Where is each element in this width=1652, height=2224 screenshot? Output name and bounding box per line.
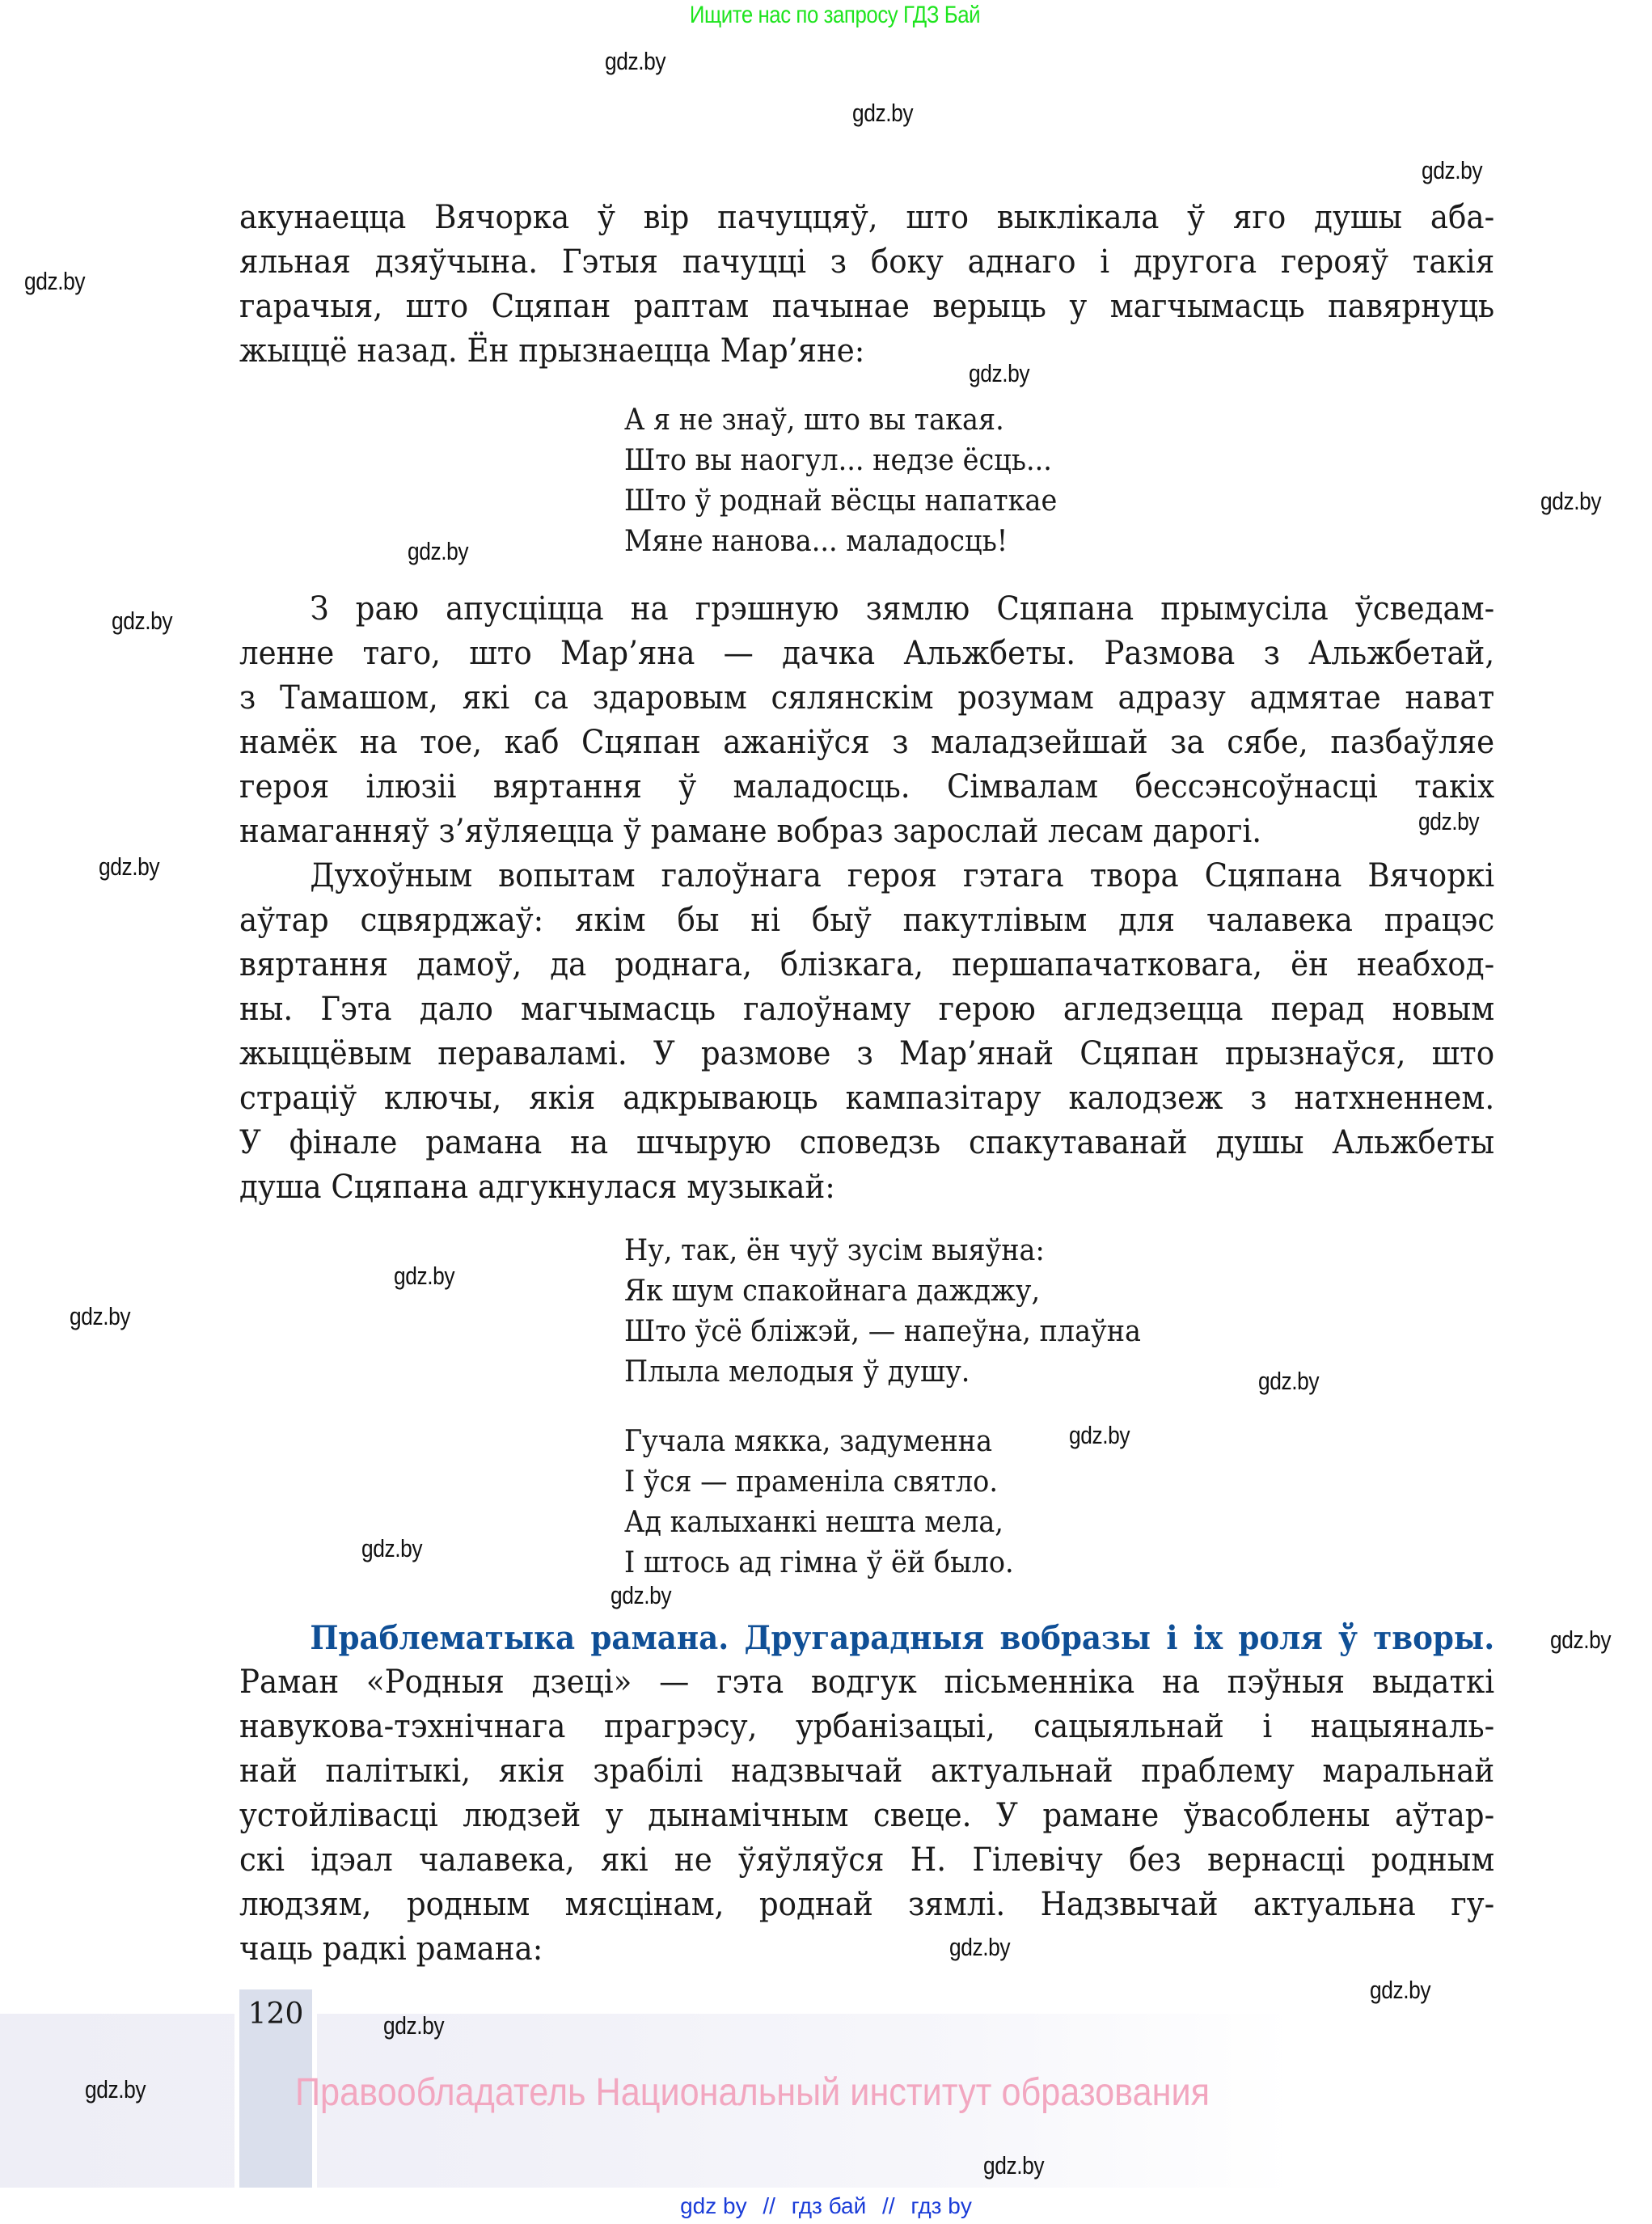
poem-line: І ўся — праменіла святло. xyxy=(624,1462,1014,1503)
poem-line: А я не знаў, што вы такая. xyxy=(624,400,1057,441)
text-line: яльная дзяўчына. Гэтыя пачуцці з боку ад… xyxy=(239,240,1494,285)
text-line: з Тамашом, які са здаровым сялянскім роз… xyxy=(239,676,1494,721)
watermark: gdz.by xyxy=(1422,156,1482,185)
paragraph-1: акунаецца Вячорка ў вір пачуццяў, што вы… xyxy=(239,196,1494,374)
text-line: жыццё назад. Ён прызнаецца Мар’яне: xyxy=(239,329,1494,374)
poem-line: Што вы наогул... недзе ёсць... xyxy=(624,441,1057,481)
watermark: gdz.by xyxy=(408,537,468,566)
watermark: gdz.by xyxy=(85,2075,146,2104)
text-line: героя ілюзіі вяртання ў маладосць. Сімва… xyxy=(239,765,1494,810)
text-line: З раю апусціцца на грэшную зямлю Сцяпана… xyxy=(239,587,1494,632)
link-gdz-by-cyr[interactable]: гдз by xyxy=(911,2193,971,2218)
text-line: душа Сцяпана адгукнулася музыкай: xyxy=(239,1165,1494,1210)
text-line: Раман «Родныя дзеці» — гэта водгук пісьм… xyxy=(239,1660,1494,1705)
link-gdz-bai[interactable]: гдз бай xyxy=(792,2193,867,2218)
paragraph-2: З раю апусціцца на грэшную зямлю Сцяпана… xyxy=(239,587,1494,854)
poem-line: Ну, так, ён чуў зусім выяўна: xyxy=(624,1231,1141,1271)
text-line: ленне таго, што Мар’яна — дачка Альжбеты… xyxy=(239,632,1494,676)
watermark: gdz.by xyxy=(1540,487,1601,516)
poem-line: Што ўсё бліжэй, — напеўна, плаўна xyxy=(624,1312,1141,1352)
watermark: gdz.by xyxy=(852,99,913,128)
rights-holder-notice: Правообладатель Национальный институт об… xyxy=(295,2070,1210,2115)
poem-line: Мяне нанова... маладосць! xyxy=(624,522,1057,562)
paragraph-3: Духоўным вопытам галоўнага героя гэтага … xyxy=(239,854,1494,1210)
link-separator: // xyxy=(763,2193,775,2218)
text-line: устойлівасці людзей у дынамічным свеце. … xyxy=(239,1794,1494,1838)
watermark: gdz.by xyxy=(24,267,85,296)
watermark: gdz.by xyxy=(1258,1367,1319,1396)
watermark: gdz.by xyxy=(611,1581,671,1610)
text-line: аўтар сцвярджаў: якім бы ні быў пакутлів… xyxy=(239,898,1494,943)
poem-line: Як шум спакойнага дажджу, xyxy=(624,1271,1141,1312)
watermark: gdz.by xyxy=(983,2151,1044,2180)
poem-quote-2-stanza-1: Ну, так, ён чуў зусім выяўна: Як шум спа… xyxy=(624,1231,1141,1393)
poem-quote-2-stanza-2: Гучала мякка, задуменна І ўся — праменіл… xyxy=(624,1422,1014,1583)
bottom-links: gdz by // гдз бай // гдз by xyxy=(0,2193,1652,2219)
poem-line: Гучала мякка, задуменна xyxy=(624,1422,1014,1462)
watermark: gdz.by xyxy=(70,1302,130,1331)
watermark: gdz.by xyxy=(1370,1976,1430,2005)
text-line: страціў ключы, якія адкрываюць кампазіта… xyxy=(239,1076,1494,1121)
link-gdz-by[interactable]: gdz by xyxy=(680,2193,747,2218)
section-heading: Праблематыка рамана. Другарадныя вобразы… xyxy=(239,1616,1494,1660)
page-number: 120 xyxy=(239,1998,312,2031)
text-line: жыццёвым пераваламі. У размове з Мар’яна… xyxy=(239,1032,1494,1076)
text-line: людзям, родным мясцінам, роднай зямлі. Н… xyxy=(239,1883,1494,1927)
watermark: gdz.by xyxy=(394,1262,454,1291)
watermark: gdz.by xyxy=(112,607,172,636)
text-line: акунаецца Вячорка ў вір пачуццяў, што вы… xyxy=(239,196,1494,240)
text-line: Духоўным вопытам галоўнага героя гэтага … xyxy=(239,854,1494,898)
watermark: gdz.by xyxy=(1550,1626,1611,1655)
search-banner: Ищите нас по запросу ГДЗ Бай xyxy=(125,2,1545,29)
poem-line: Што ў роднай вёсцы напаткае xyxy=(624,481,1057,522)
poem-quote-1: А я не знаў, што вы такая. Што вы наогул… xyxy=(624,400,1057,562)
section-problematics: Праблематыка рамана. Другарадныя вобразы… xyxy=(239,1616,1494,1972)
text-line: гарачыя, што Сцяпан раптам пачынае верыц… xyxy=(239,285,1494,329)
watermark: gdz.by xyxy=(99,852,159,882)
watermark: gdz.by xyxy=(1069,1421,1130,1450)
text-line: У фінале рамана на шчырую споведзь спаку… xyxy=(239,1121,1494,1165)
text-line: чаць радкі рамана: xyxy=(239,1927,1494,1972)
text-line: намаганняў з’яўляецца ў рамане вобраз за… xyxy=(239,810,1494,854)
watermark: gdz.by xyxy=(361,1534,422,1563)
text-line: скі ідэал чалавека, які не ўяўляўся Н. Г… xyxy=(239,1838,1494,1883)
watermark: gdz.by xyxy=(383,2011,444,2040)
text-line: ны. Гэта дало магчымасць галоўнаму герою… xyxy=(239,987,1494,1032)
text-line: намёк на тое, каб Сцяпан ажаніўся з мала… xyxy=(239,721,1494,765)
poem-line: І штось ад гімна ў ёй было. xyxy=(624,1543,1014,1583)
text-line: навукова-тэхнічнага прагрэсу, урбанізацы… xyxy=(239,1705,1494,1749)
link-separator: // xyxy=(882,2193,895,2218)
watermark: gdz.by xyxy=(605,47,665,76)
poem-line: Плыла мелодыя ў душу. xyxy=(624,1352,1141,1393)
text-line: най палітыкі, якія зрабілі надзвычай акт… xyxy=(239,1749,1494,1794)
text-line: вяртання дамоў, да роднага, блізкага, пе… xyxy=(239,943,1494,987)
poem-line: Ад калыханкі нешта мела, xyxy=(624,1503,1014,1543)
